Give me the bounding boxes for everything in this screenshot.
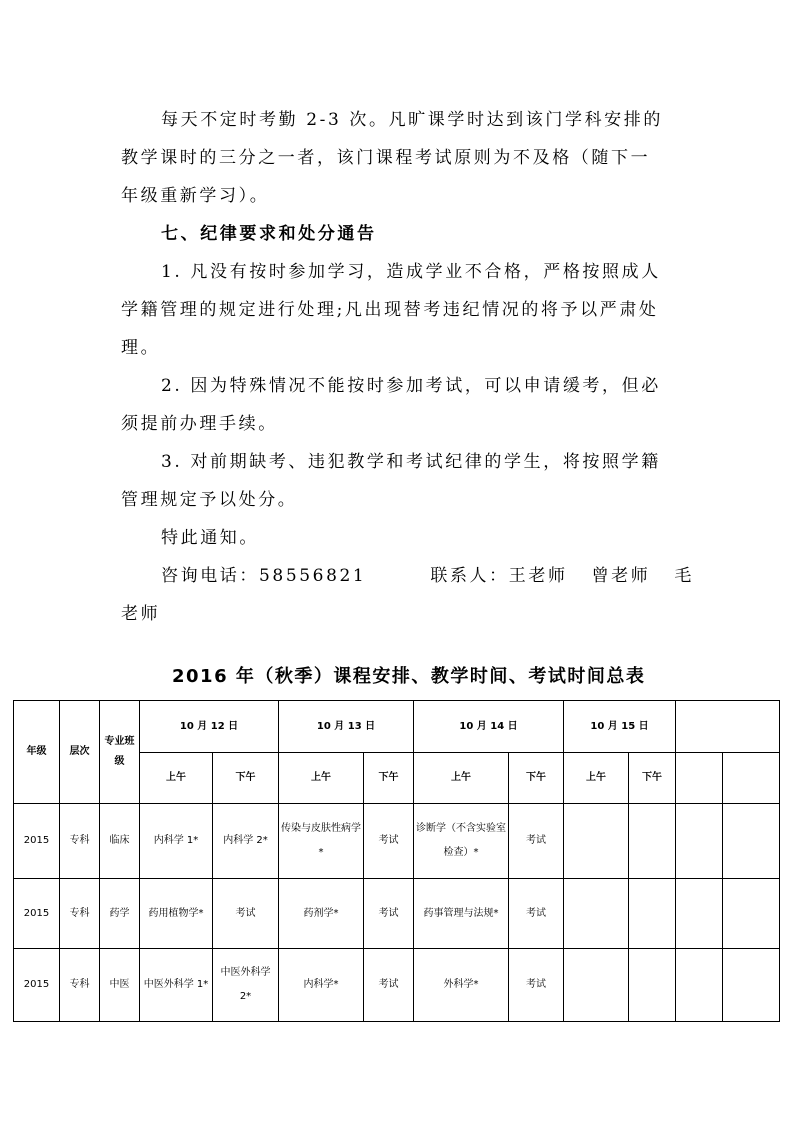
- cell-level: 专科: [60, 949, 100, 1022]
- cell-course: 诊断学（不含实验室检查）*: [414, 804, 509, 879]
- cell-course: 药用植物学*: [140, 879, 213, 949]
- paragraph-line: 特此通知。: [161, 528, 259, 548]
- header-date: 10 月 12 日: [140, 701, 279, 753]
- cell-course: 药剂学*: [279, 879, 364, 949]
- cell-course: [676, 804, 723, 879]
- header-am: 上午: [279, 753, 364, 804]
- cell-level: 专科: [60, 879, 100, 949]
- cell-course: [676, 879, 723, 949]
- header-row-dates: 年级 层次 专业班级 10 月 12 日 10 月 13 日 10 月 14 日…: [14, 701, 780, 753]
- cell-major: 中医: [100, 949, 140, 1022]
- header-pm: 下午: [213, 753, 279, 804]
- header-pm: 下午: [364, 753, 414, 804]
- header-date: 10 月 15 日: [564, 701, 676, 753]
- cell-course: [629, 804, 676, 879]
- cell-course: [723, 804, 780, 879]
- cell-course: 中医外科学 2*: [213, 949, 279, 1022]
- cell-course: 考试: [509, 949, 564, 1022]
- paragraph-line: 老师: [121, 604, 160, 624]
- cell-course: 中医外科学 1*: [140, 949, 213, 1022]
- header-level: 层次: [60, 701, 100, 804]
- header-am: 上午: [414, 753, 509, 804]
- cell-course: 药事管理与法规*: [414, 879, 509, 949]
- contact-line: 咨询电话：58556821 联系人：王老师 曾老师 毛: [161, 566, 694, 586]
- cell-course: 内科学 1*: [140, 804, 213, 879]
- cell-course: [564, 804, 629, 879]
- cell-course: [723, 879, 780, 949]
- cell-course: [564, 949, 629, 1022]
- table-title: 2016 年（秋季）课程安排、教学时间、考试时间总表: [172, 662, 645, 688]
- header-am: 上午: [564, 753, 629, 804]
- table-row: 2015 专科 临床 内科学 1* 内科学 2* 传染与皮肤性病学* 考试 诊断…: [14, 804, 780, 879]
- cell-course: 考试: [364, 804, 414, 879]
- header-pm: 下午: [629, 753, 676, 804]
- paragraph-line: 须提前办理手续。: [121, 414, 278, 434]
- cell-course: 考试: [509, 804, 564, 879]
- cell-major: 药学: [100, 879, 140, 949]
- paragraph-line: 3. 对前期缺考、违犯教学和考试纪律的学生，将按照学籍: [161, 452, 661, 472]
- cell-course: [723, 949, 780, 1022]
- header-date: 10 月 13 日: [279, 701, 414, 753]
- header-empty: [676, 753, 723, 804]
- cell-course: 考试: [364, 949, 414, 1022]
- cell-course: 内科学*: [279, 949, 364, 1022]
- header-pm: 下午: [509, 753, 564, 804]
- cell-major: 临床: [100, 804, 140, 879]
- cell-course: 考试: [509, 879, 564, 949]
- schedule-table: 年级 层次 专业班级 10 月 12 日 10 月 13 日 10 月 14 日…: [13, 700, 780, 1022]
- cell-course: [564, 879, 629, 949]
- header-am: 上午: [140, 753, 213, 804]
- cell-course: 外科学*: [414, 949, 509, 1022]
- section-heading: 七、纪律要求和处分通告: [161, 224, 377, 244]
- paragraph-line: 1. 凡没有按时参加学习，造成学业不合格，严格按照成人: [161, 262, 661, 282]
- cell-grade: 2015: [14, 804, 60, 879]
- header-grade: 年级: [14, 701, 60, 804]
- cell-course: [629, 949, 676, 1022]
- paragraph-line: 管理规定予以处分。: [121, 490, 297, 510]
- cell-course: 传染与皮肤性病学*: [279, 804, 364, 879]
- cell-grade: 2015: [14, 949, 60, 1022]
- header-date-empty: [676, 701, 780, 753]
- paragraph-line: 学籍管理的规定进行处理;凡出现替考违纪情况的将予以严肃处: [121, 300, 659, 320]
- table-row: 2015 专科 药学 药用植物学* 考试 药剂学* 考试 药事管理与法规* 考试: [14, 879, 780, 949]
- table-row: 2015 专科 中医 中医外科学 1* 中医外科学 2* 内科学* 考试 外科学…: [14, 949, 780, 1022]
- cell-course: 内科学 2*: [213, 804, 279, 879]
- paragraph-line: 2. 因为特殊情况不能按时参加考试，可以申请缓考，但必: [161, 376, 661, 396]
- cell-level: 专科: [60, 804, 100, 879]
- paragraph-line: 每天不定时考勤 2-3 次。凡旷课学时达到该门学科安排的: [161, 110, 663, 130]
- paragraph-line: 教学课时的三分之一者，该门课程考试原则为不及格（随下一: [121, 148, 650, 168]
- header-empty: [723, 753, 780, 804]
- paragraph-line: 理。: [121, 338, 160, 358]
- cell-course: 考试: [213, 879, 279, 949]
- cell-course: [676, 949, 723, 1022]
- header-date: 10 月 14 日: [414, 701, 564, 753]
- paragraph-line: 年级重新学习）。: [121, 186, 269, 206]
- cell-course: 考试: [364, 879, 414, 949]
- cell-course: [629, 879, 676, 949]
- header-major-class: 专业班级: [100, 701, 140, 804]
- cell-grade: 2015: [14, 879, 60, 949]
